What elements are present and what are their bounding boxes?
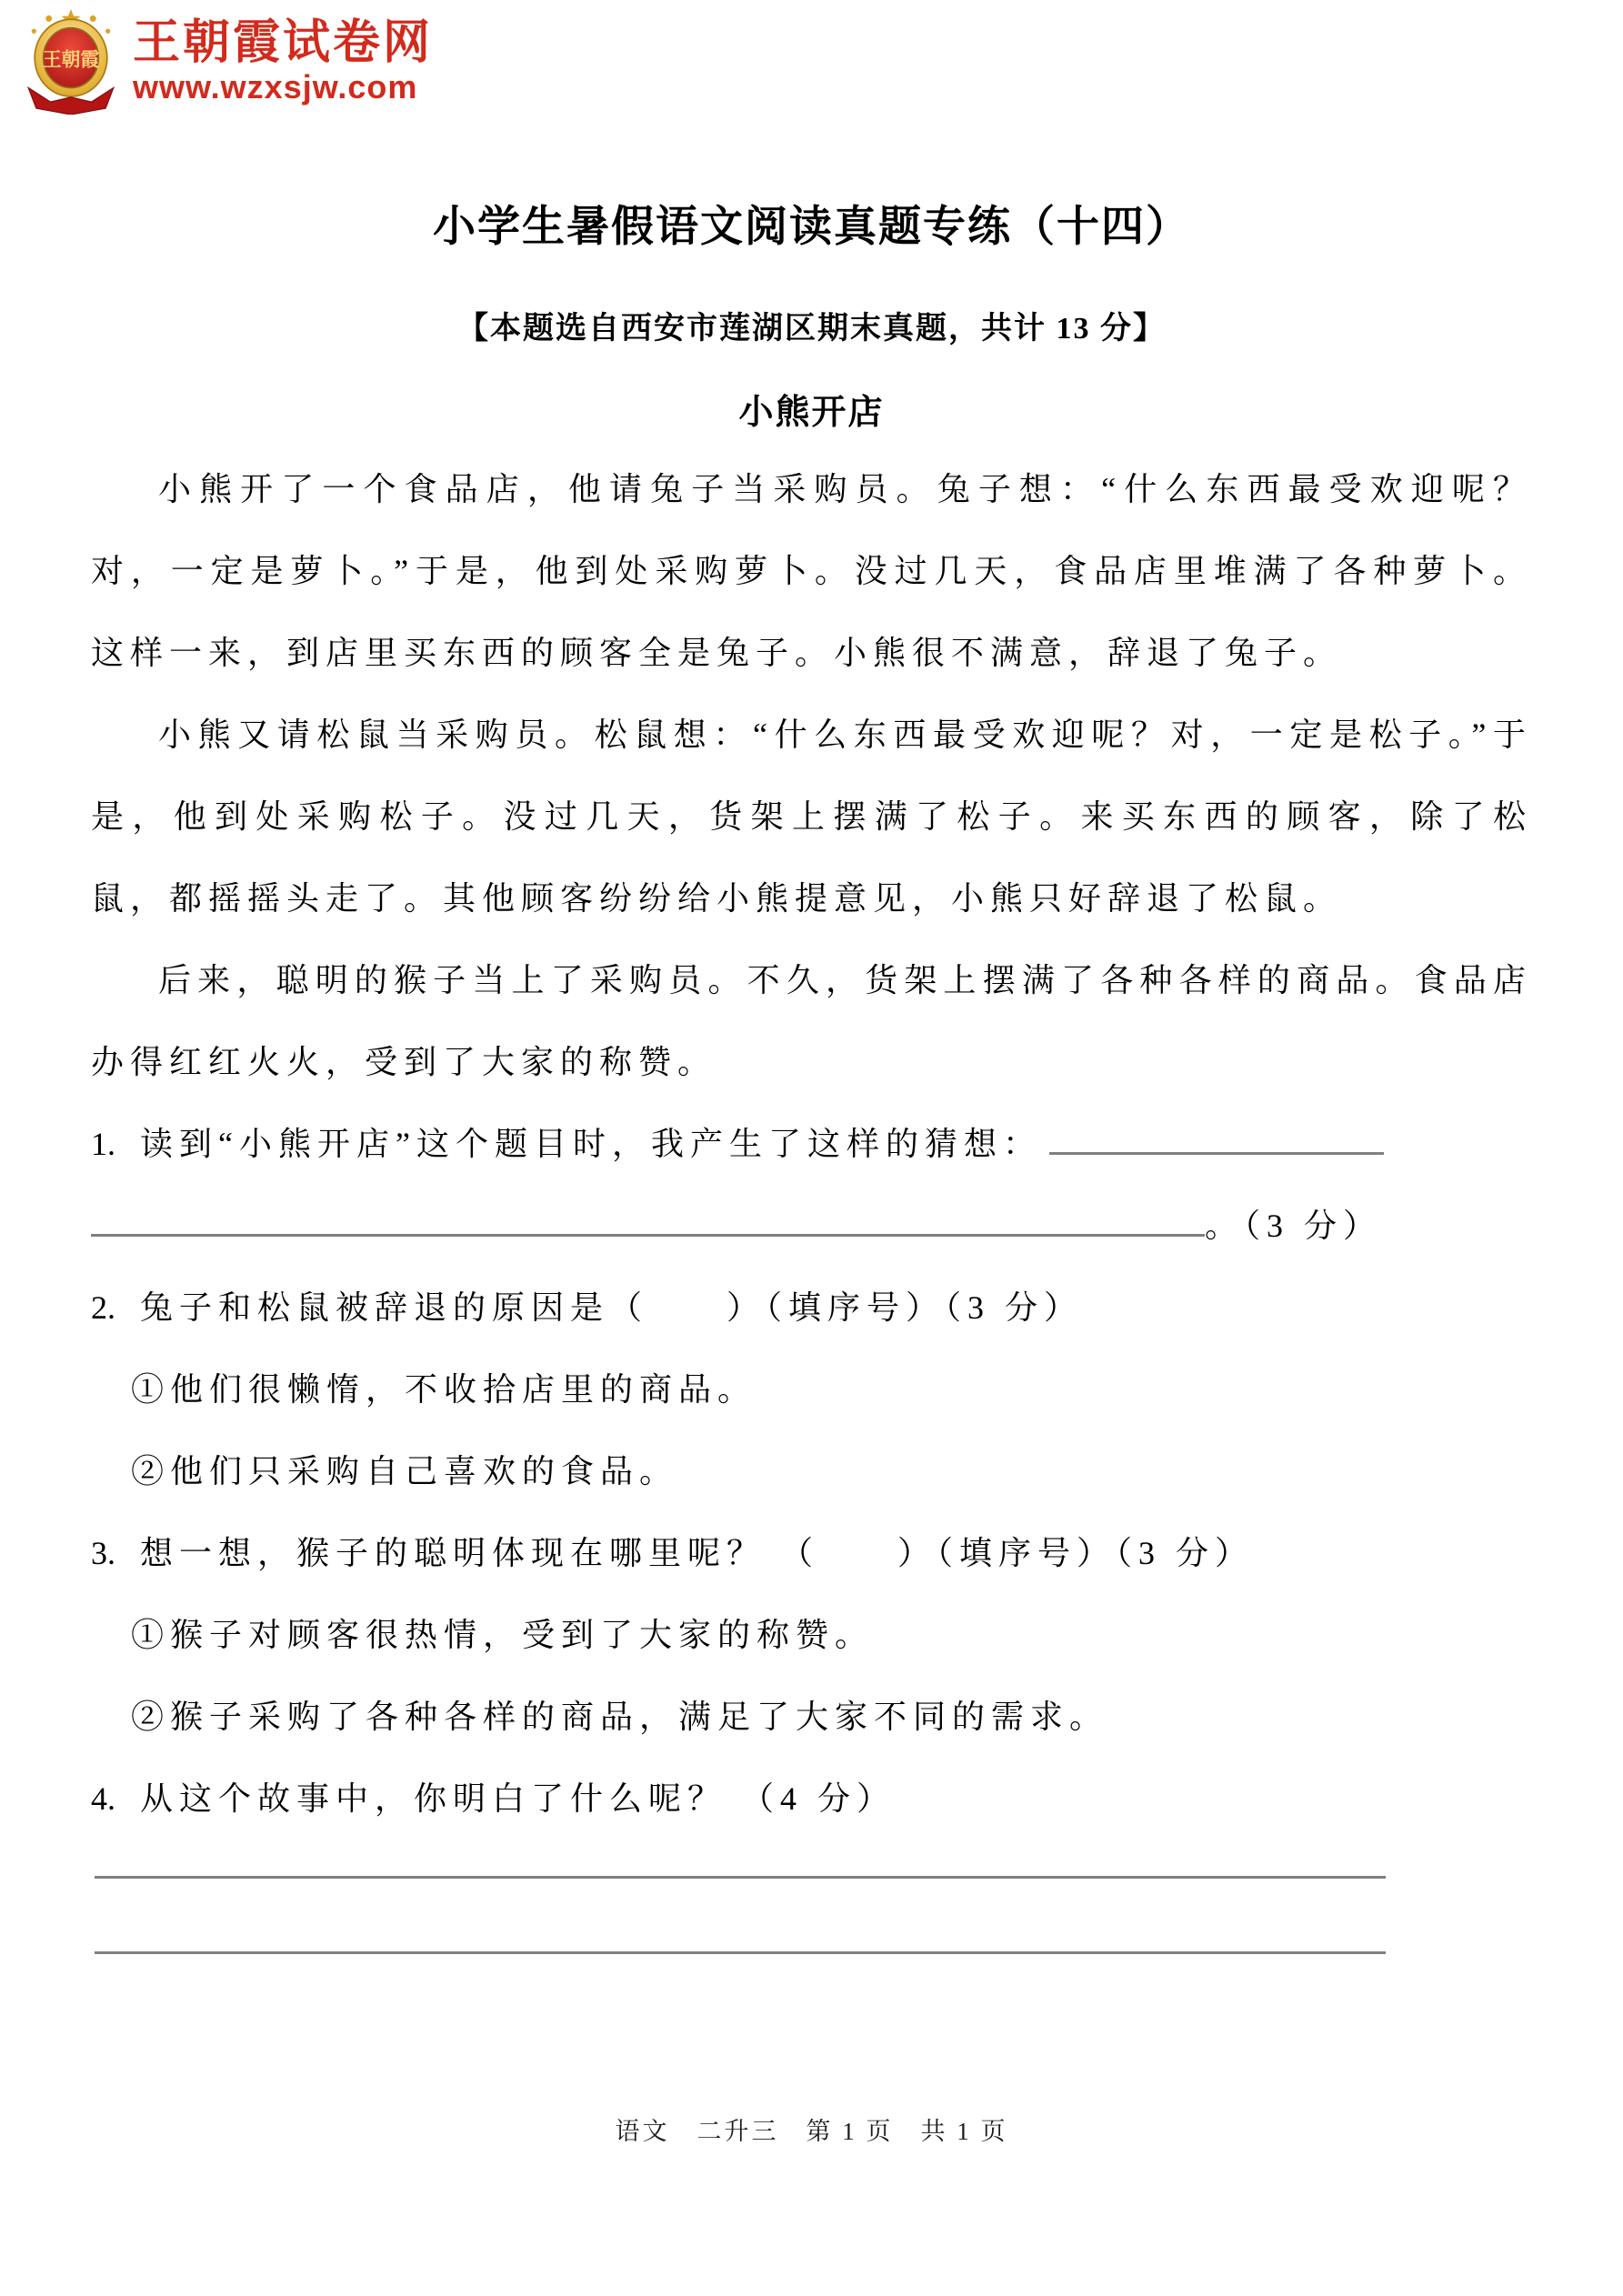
question-2-option-1: ①他们很懒惰，不收拾店里的商品。: [91, 1349, 1532, 1430]
question-number: 2.: [91, 1267, 140, 1349]
page-footer: 语文 二升三 第 1 页 共 1 页: [0, 2111, 1623, 2147]
question-2-option-2: ②他们只采购自己喜欢的食品。: [91, 1430, 1532, 1512]
site-url: www.wzxsjw.com: [133, 68, 433, 106]
question-number: 1.: [91, 1103, 140, 1185]
question-3-option-2: ②猴子采购了各种各样的商品，满足了大家不同的需求。: [91, 1676, 1532, 1758]
question-suffix: 。（3 分）: [1205, 1208, 1382, 1244]
source-note: 【本题选自西安市莲湖区期末真题，共计 13 分】: [91, 303, 1532, 347]
worksheet-page: 王朝霞 王朝霞试卷网 www.wzxsjw.com 小学生暑假语文阅读真题专练（…: [0, 0, 1623, 2296]
question-1: 1.读到“小熊开店”这个题目时，我产生了这样的猜想：: [91, 1103, 1532, 1185]
question-text: 想一想，猴子的聪明体现在哪里呢？ （ ）（填序号）（3 分）: [140, 1535, 1254, 1571]
answer-blank-line[interactable]: [91, 1204, 1205, 1237]
question-3-option-1: ①猴子对顾客很热情，受到了大家的称赞。: [91, 1594, 1532, 1676]
passage-body: 小熊开了一个食品店，他请兔子当采购员。兔子想：“什么东西最受欢迎呢？对，一定是萝…: [91, 448, 1532, 1103]
question-text: 从这个故事中，你明白了什么呢？ （4 分）: [140, 1780, 896, 1817]
answer-blank-line[interactable]: [95, 1951, 1386, 1954]
question-1-continuation: 。（3 分）: [91, 1185, 1532, 1267]
question-2: 2.兔子和松鼠被辞退的原因是（ ）（填序号）（3 分）: [91, 1267, 1532, 1349]
badge-label: 王朝霞: [43, 48, 100, 70]
site-logo: 王朝霞 王朝霞试卷网 www.wzxsjw.com: [24, 9, 433, 115]
question-number: 3.: [91, 1512, 140, 1594]
question-text: 读到“小熊开店”这个题目时，我产生了这样的猜想：: [140, 1126, 1042, 1162]
question-list: 1.读到“小熊开店”这个题目时，我产生了这样的猜想： 。（3 分） 2.兔子和松…: [91, 1103, 1532, 1954]
passage-title: 小熊开店: [91, 384, 1532, 434]
question-4: 4.从这个故事中，你明白了什么呢？ （4 分）: [91, 1758, 1532, 1840]
passage-paragraph: 后来，聪明的猴子当上了采购员。不久，货架上摆满了各种各样的商品。食品店办得红红火…: [91, 939, 1532, 1103]
question-3: 3.想一想，猴子的聪明体现在哪里呢？ （ ）（填序号）（3 分）: [91, 1512, 1532, 1594]
question-number: 4.: [91, 1758, 140, 1840]
site-name: 王朝霞试卷网: [133, 17, 433, 68]
worksheet-content: 小学生暑假语文阅读真题专练（十四） 【本题选自西安市莲湖区期末真题，共计 13 …: [91, 193, 1532, 1954]
answer-blank-line[interactable]: [95, 1876, 1386, 1879]
question-text: 兔子和松鼠被辞退的原因是（ ）（填序号）（3 分）: [140, 1289, 1083, 1326]
medal-badge-icon: 王朝霞: [24, 9, 118, 115]
passage-paragraph: 小熊开了一个食品店，他请兔子当采购员。兔子想：“什么东西最受欢迎呢？对，一定是萝…: [91, 448, 1532, 694]
answer-blank-line[interactable]: [1049, 1122, 1384, 1155]
passage-paragraph: 小熊又请松鼠当采购员。松鼠想：“什么东西最受欢迎呢？对，一定是松子。”于是，他到…: [91, 694, 1532, 939]
page-title: 小学生暑假语文阅读真题专练（十四）: [91, 193, 1532, 254]
